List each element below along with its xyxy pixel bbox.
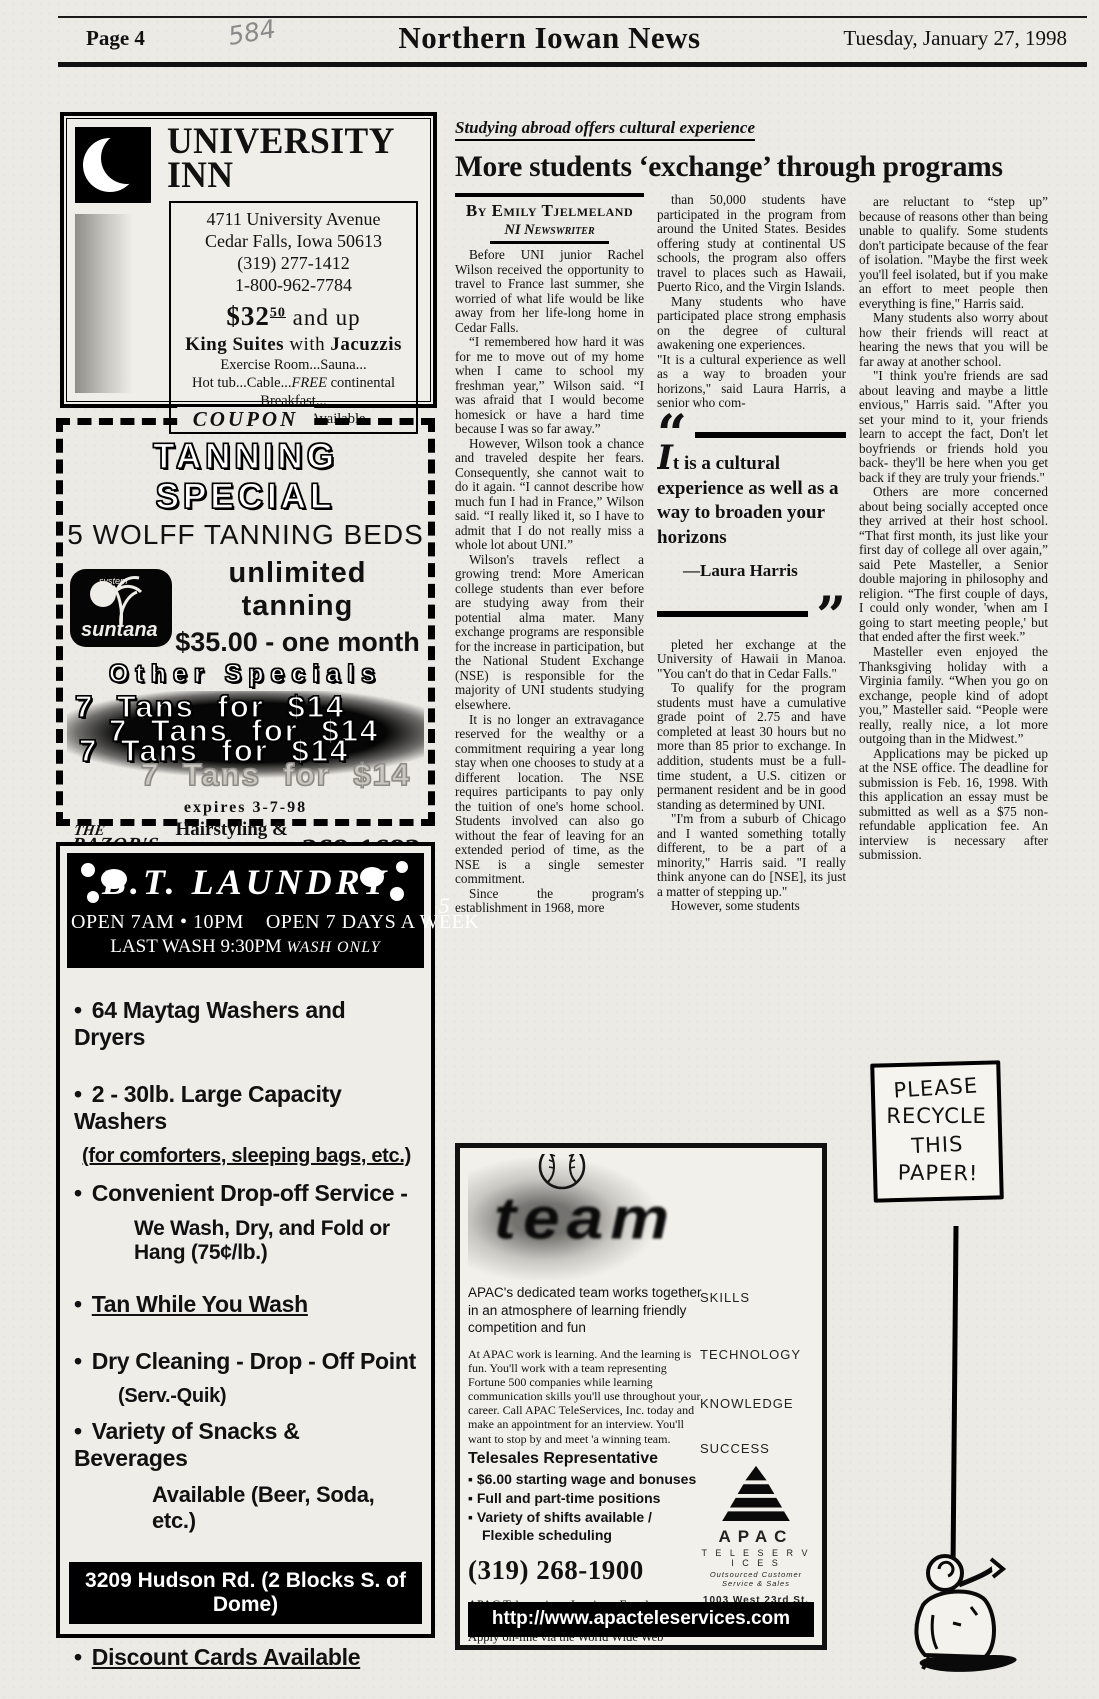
list-item: •Discount Cards Available: [74, 1644, 419, 1671]
list-item: •64 Maytag Washers and Dryers: [74, 997, 419, 1051]
article-paragraph: It is no longer an extravagance reserved…: [455, 713, 644, 887]
bt-laundry-ad: B.T. LAUNDRY OPEN 7AM • 10PM OPEN 7 DAYS…: [56, 842, 435, 1638]
article-byline-role: NI Newswriter: [490, 222, 608, 244]
pyramid-icon: [717, 1464, 795, 1522]
laundry-header: B.T. LAUNDRY OPEN 7AM • 10PM OPEN 7 DAYS…: [67, 853, 424, 968]
article-paragraph: To qualify for the program students must…: [657, 681, 846, 812]
article-paragraph: Others are more concerned about being so…: [859, 485, 1048, 645]
article-paragraph: Masteller even enjoyed the Thanksgiving …: [859, 645, 1048, 747]
list-item: •Convenient Drop-off Service - We Wash, …: [74, 1180, 419, 1265]
article-paragraph: pleted her exchange at the University of…: [657, 638, 846, 682]
header-top-rule: [58, 16, 1087, 18]
article-paragraph: Before UNI junior Rachel Wilson received…: [455, 248, 644, 335]
svg-text:system: system: [99, 576, 128, 586]
recycle-sign: PLEASE RECYCLE THIS PAPER!: [870, 1060, 1004, 1203]
inn-suites: King Suites with Jacuzzis: [175, 334, 412, 356]
article-column-1: By Emily Tjelmeland NI Newswriter Before…: [455, 193, 644, 1055]
article-byline: By Emily Tjelmeland: [455, 201, 644, 221]
gradient-strip: [75, 214, 133, 393]
crescent-moon-icon: [75, 127, 151, 203]
apac-teleservices-ad: team APAC's dedicated team works togethe…: [455, 1143, 827, 1650]
inn-name: UNIVERSITY INN: [167, 125, 412, 193]
article-paragraph: "I think you're friends are sad about le…: [859, 369, 1048, 485]
coupon-other-specials: Other Specials: [63, 660, 428, 689]
apac-logo: APAC T E L E S E R V I C E S Outsourced …: [700, 1464, 812, 1588]
inn-address-line: 4711 University Avenue: [175, 209, 412, 231]
inn-price: $3250 and up: [175, 301, 412, 332]
apac-phone: (319) 268-1900: [468, 1555, 706, 1586]
apac-intro: APAC's dedicated team works together in …: [468, 1284, 706, 1337]
article-paragraph: However, some students: [657, 899, 846, 914]
article-paragraph: Wilson's travels reflect a growing trend…: [455, 553, 644, 713]
tanning-coupon-ad: COUPON TANNING SPECIAL 5 WOLFF TANNING B…: [56, 418, 435, 826]
apac-values-rail: SKILLS TECHNOLOGY KNOWLEDGE SUCCESS APAC…: [700, 1284, 812, 1633]
team-word: team: [494, 1184, 676, 1252]
bubble-icon: [390, 887, 404, 901]
apac-job-title: Telesales Representative: [468, 1450, 706, 1468]
list-subitem: Available (Beer, Soda, etc.): [152, 1482, 419, 1534]
article-paragraph: Applications may be picked up at the NSE…: [859, 747, 1048, 863]
laundry-hours: OPEN 7AM • 10PM OPEN 7 DAYS A WEEK: [71, 911, 420, 934]
pull-quote: “ It is a cultural experience as well as…: [657, 419, 846, 632]
list-item: •Variety of Snacks & Beverages Available…: [74, 1418, 419, 1534]
inn-amenities: Hot tub...Cable...FREE continental Break…: [175, 374, 412, 410]
bubble-icon: [81, 863, 95, 877]
article-paragraph: "I'm from a suburb of Chicago and I want…: [657, 812, 846, 899]
laundry-last-wash: LAST WASH 9:30PM WASH ONLY: [71, 936, 420, 958]
inn-amenities: Exercise Room...Sauna...: [175, 356, 412, 374]
article-paragraph: Many students also worry about how their…: [859, 311, 1048, 369]
inn-info-box: 4711 University Avenue Cedar Falls, Iowa…: [169, 201, 418, 434]
list-item: •Dry Cleaning - Drop - Off Point (Serv.-…: [74, 1348, 419, 1408]
article-paragraph: are reluctant to “step up” because of re…: [859, 195, 1048, 311]
coupon-title: TANNING SPECIAL: [63, 437, 428, 517]
laundry-address-bar: 3209 Hudson Rd. (2 Blocks S. of Dome): [69, 1562, 422, 1624]
coupon-subtitle: 5 WOLFF TANNING BEDS: [63, 519, 428, 551]
newspaper-page: { "colors": { "paper": "#eceae4", "ink":…: [0, 0, 1099, 1699]
sign-pole: [950, 1226, 958, 1570]
suntana-logo: system suntana: [69, 568, 173, 648]
coupon-label: COUPON: [177, 407, 315, 432]
team-graphic: team: [468, 1154, 814, 1280]
pull-quote-attribution: —Laura Harris: [683, 561, 846, 581]
article-paragraph: than 50,000 students have participated i…: [657, 193, 846, 295]
tans-offer-block: 7 Tans for $14 7 Tans for $14 7 Tans for…: [67, 691, 424, 795]
article-paragraph: However, Wilson took a chance and travel…: [455, 437, 644, 553]
svg-text:suntana: suntana: [81, 619, 158, 641]
close-quote-icon: ”: [816, 601, 846, 632]
inn-address-line: Cedar Falls, Iowa 50613: [175, 231, 412, 253]
bubble-icon: [101, 869, 127, 889]
apac-url-bar: http://www.apacteleservices.com: [468, 1602, 814, 1637]
inn-phone: (319) 277-1412: [175, 253, 412, 275]
inn-phone-tollfree: 1-800-962-7784: [175, 275, 412, 297]
article-column-2: than 50,000 students have participated i…: [657, 193, 846, 1055]
cartoon-figure: [893, 1545, 1028, 1680]
article-column-3: are reluctant to “step up” because of re…: [859, 193, 1048, 1055]
article-headline: More students ‘exchange’ through program…: [455, 151, 1049, 184]
article-paragraph: "It is a cultural experience as well as …: [657, 353, 846, 411]
article-paragraph: Since the program's establishment in 196…: [455, 887, 644, 916]
coupon-expiration: expires 3-7-98: [63, 799, 428, 817]
main-article: Studying abroad offers cultural experien…: [455, 118, 1049, 1055]
list-subitem: (Serv.-Quik): [118, 1385, 419, 1408]
apac-body-text: At APAC work is learning. And the learni…: [468, 1347, 706, 1446]
coupon-offer-price: $35.00 - one month: [173, 627, 422, 658]
coupon-offer-unlimited: unlimited tanning: [173, 557, 422, 623]
list-subitem: We Wash, Dry, and Fold or Hang (75¢/lb.): [134, 1217, 419, 1265]
article-paragraph: “I remembered how hard it was for me to …: [455, 335, 644, 437]
list-subitem: (for comforters, sleeping bags, etc.): [74, 1145, 419, 1168]
list-item: •Tan While You Wash: [74, 1291, 419, 1318]
article-paragraph: Many students who have participated plac…: [657, 295, 846, 353]
header-bottom-rule: [58, 62, 1087, 67]
apac-job-bullets: ▪ $6.00 starting wage and bonuses ▪ Full…: [468, 1470, 706, 1546]
university-inn-ad: UNIVERSITY INN 4711 University Avenue Ce…: [60, 112, 437, 408]
article-kicker: Studying abroad offers cultural experien…: [455, 118, 755, 141]
bubble-icon: [87, 891, 99, 903]
bubble-icon: [396, 861, 408, 873]
list-item: •2 - 30lb. Large Capacity Washers (for c…: [74, 1081, 419, 1168]
university-inn-ad-inner: UNIVERSITY INN 4711 University Avenue Ce…: [66, 118, 431, 402]
issue-date: Tuesday, January 27, 1998: [843, 26, 1067, 51]
bubble-icon: [360, 867, 384, 887]
tans-offer-line-ghost: 7 Tans for $14: [141, 757, 411, 793]
